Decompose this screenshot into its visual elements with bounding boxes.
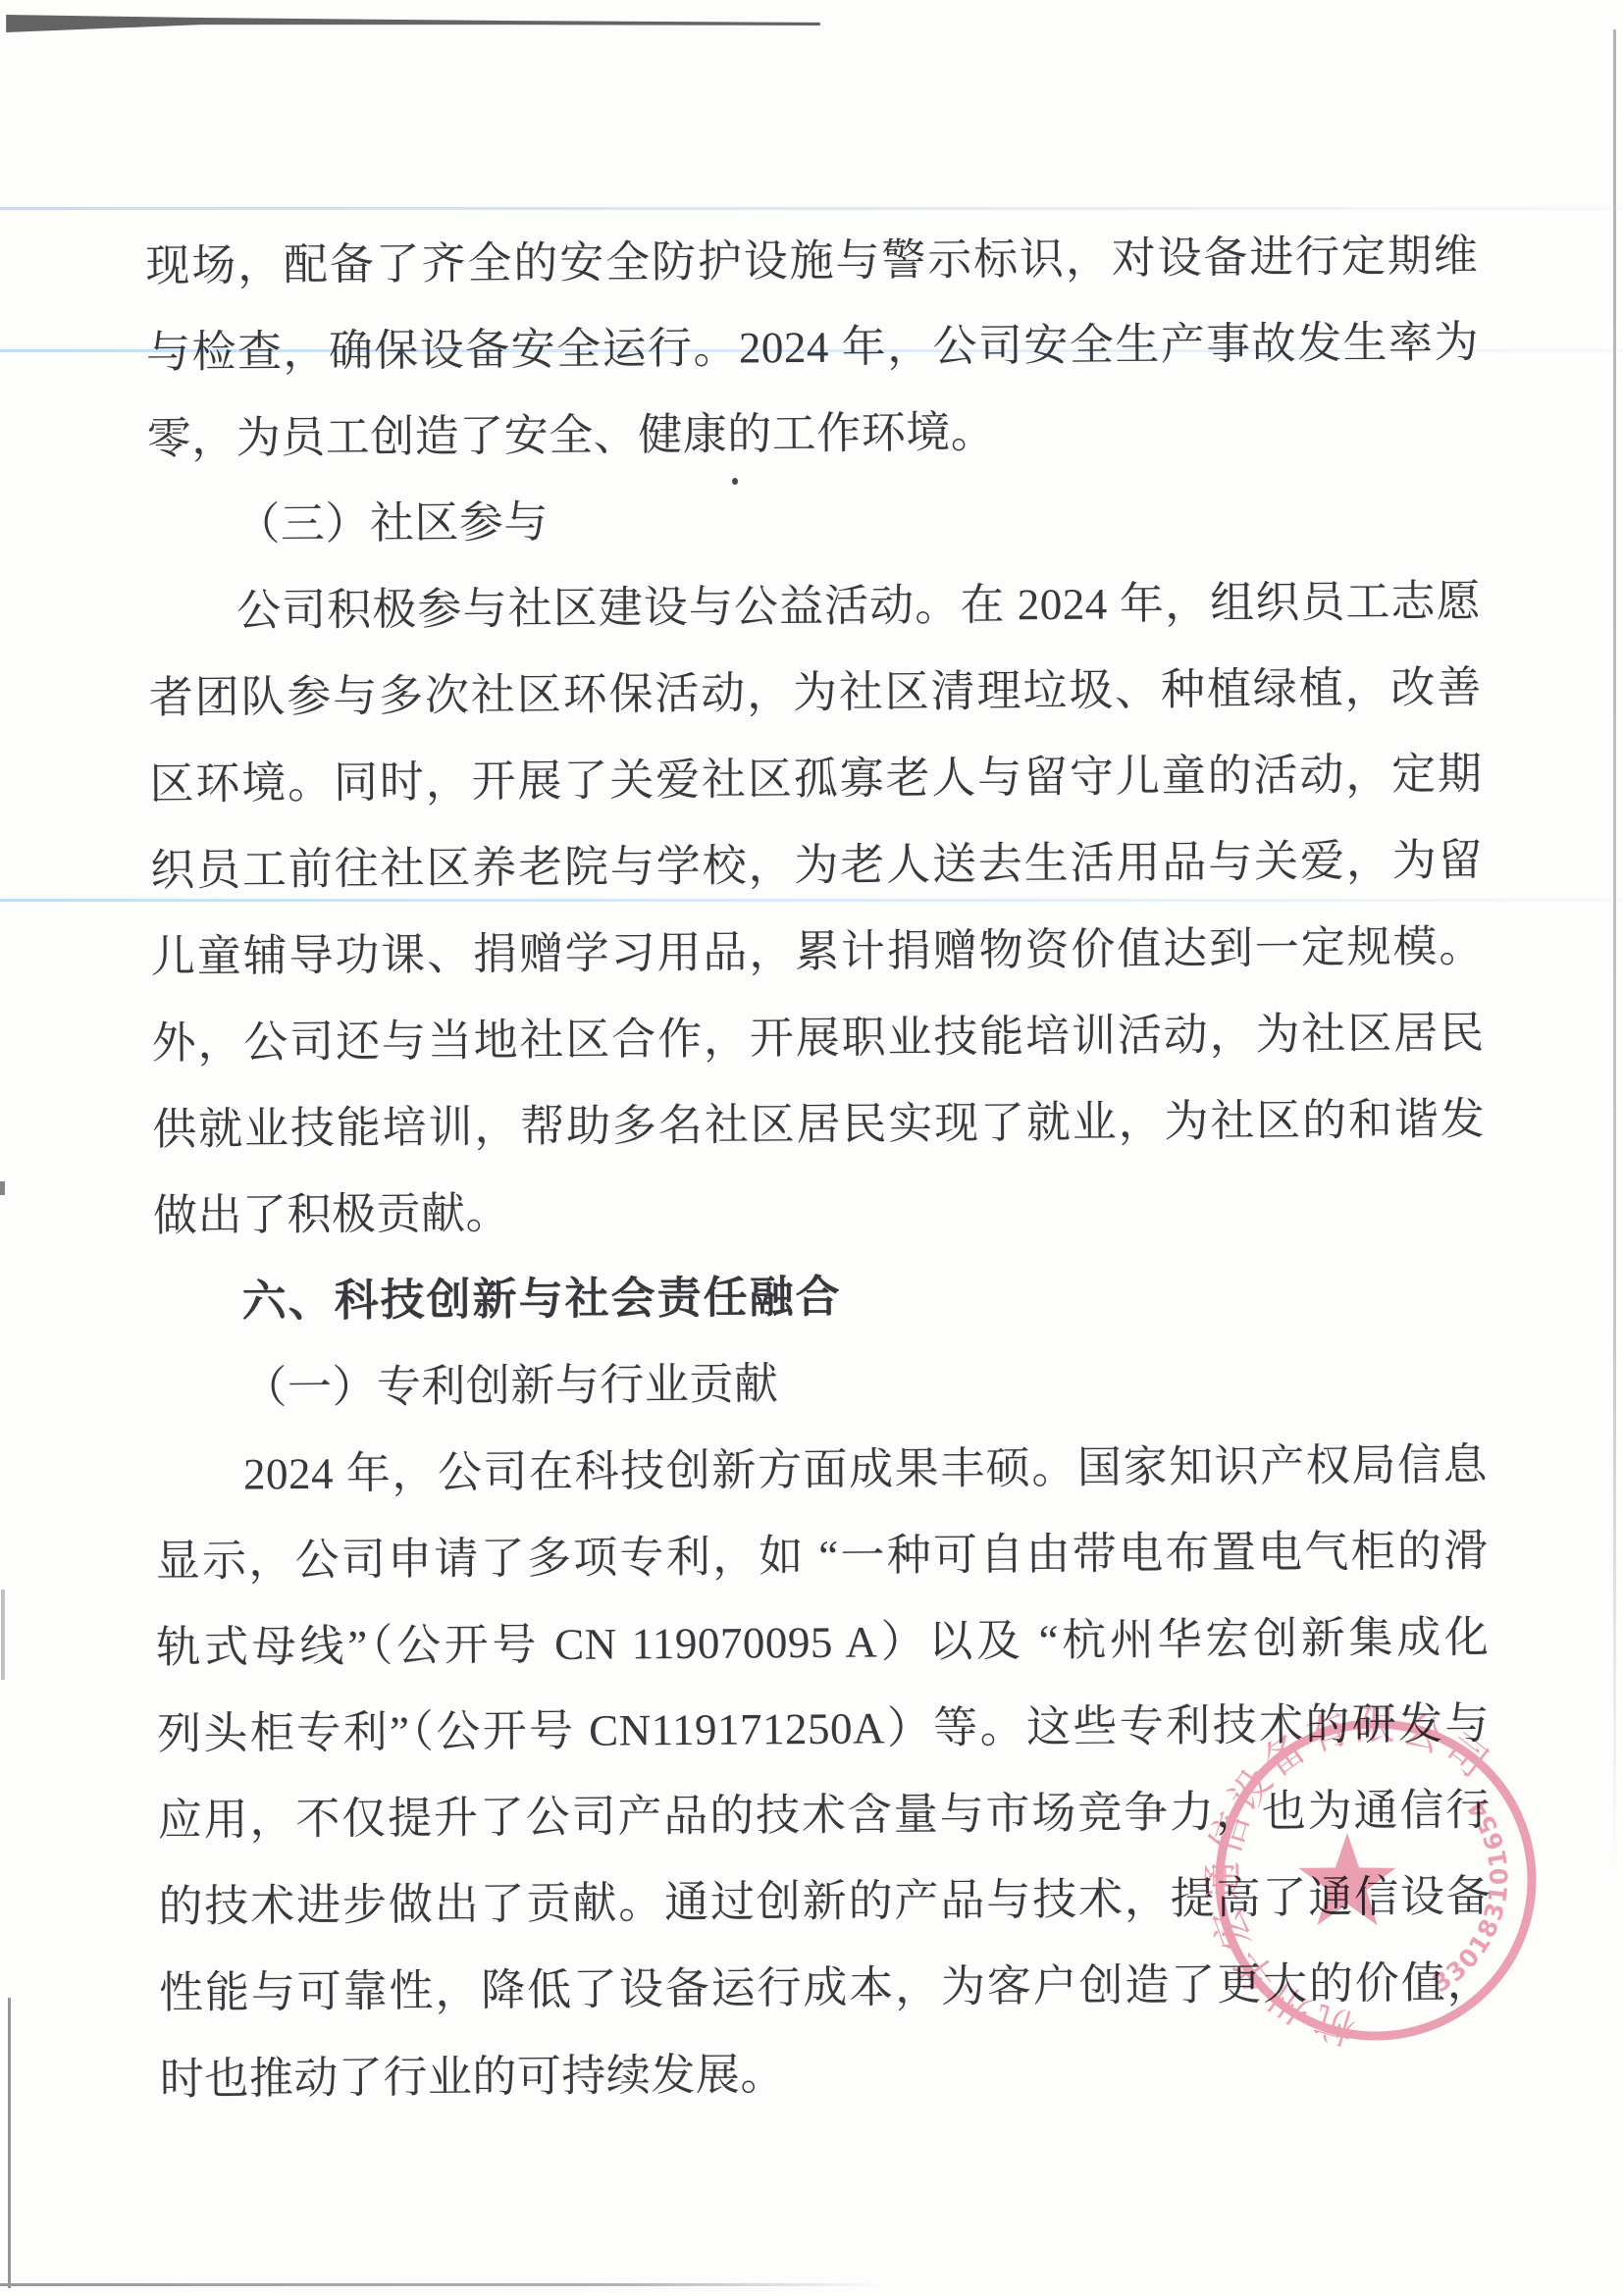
text-line: 区环境。同时，开展了关爱社区孤寡老人与留守儿童的活动，定期组: [149, 731, 1483, 828]
text-line: 与检查，确保设备安全运行。2024 年，公司安全生产事故发生率为: [146, 299, 1480, 396]
text-line: 现场，配备了齐全的安全防护设施与警示标识，对设备进行定期维护: [145, 213, 1479, 310]
scanned-document-page: 现场，配备了齐全的安全防护设施与警示标识，对设备进行定期维护 与检查，确保设备安…: [0, 0, 1623, 2296]
text-line: 儿童辅导功课、捐赠学习用品，累计捐赠物资价值达到一定规模。此: [151, 904, 1485, 1001]
text-line: 2024 年，公司在科技创新方面成果丰硕。国家知识产权局信息: [155, 1422, 1489, 1519]
text-line: 供就业技能培训，帮助多名社区居民实现了就业，为社区的和谐发展: [152, 1076, 1486, 1174]
text-line: 外，公司还与当地社区合作，开展职业技能培训活动，为社区居民提: [151, 990, 1485, 1087]
text-line: 零，为员工创造了安全、健康的工作环境。: [146, 386, 1480, 483]
scan-left-streak: [1, 1590, 5, 1680]
scan-left-mark: [0, 1181, 5, 1195]
scan-bottom-page-edge: [0, 2283, 883, 2286]
subsection-heading: （一）专利创新与行业贡献: [154, 1335, 1488, 1433]
subsection-heading: （三）社区参与: [147, 472, 1481, 569]
text-line: 者团队参与多次社区环保活动，为社区清理垃圾、种植绿植，改善社: [148, 645, 1482, 742]
text-line: 公司积极参与社区建设与公益活动。在 2024 年，组织员工志愿: [148, 558, 1482, 655]
scan-blue-line: [0, 207, 1623, 210]
scan-left-page-edge: [8, 1998, 11, 2288]
text-line: 织员工前往社区养老院与学校，为老人送去生活用品与关爱，为留守: [150, 817, 1484, 914]
section-heading: 六、科技创新与社会责任融合: [153, 1249, 1487, 1346]
scan-top-edge-shadow: [6, 13, 820, 34]
text-line: 做出了积极贡献。: [153, 1163, 1487, 1260]
scan-right-page-edge: [1613, 29, 1616, 1874]
seal-star: [1299, 1833, 1396, 1925]
company-seal: 杭州华宏通信设备有限公司 33018310165435: [1205, 1707, 1546, 2049]
text-line: 轨式母线”（公开号 CN 119070095 A）以及 “杭州华宏创新集成化: [156, 1594, 1490, 1692]
text-line: 显示，公司申请了多项专利，如 “一种可自由带电布置电气柜的滑: [155, 1508, 1489, 1605]
